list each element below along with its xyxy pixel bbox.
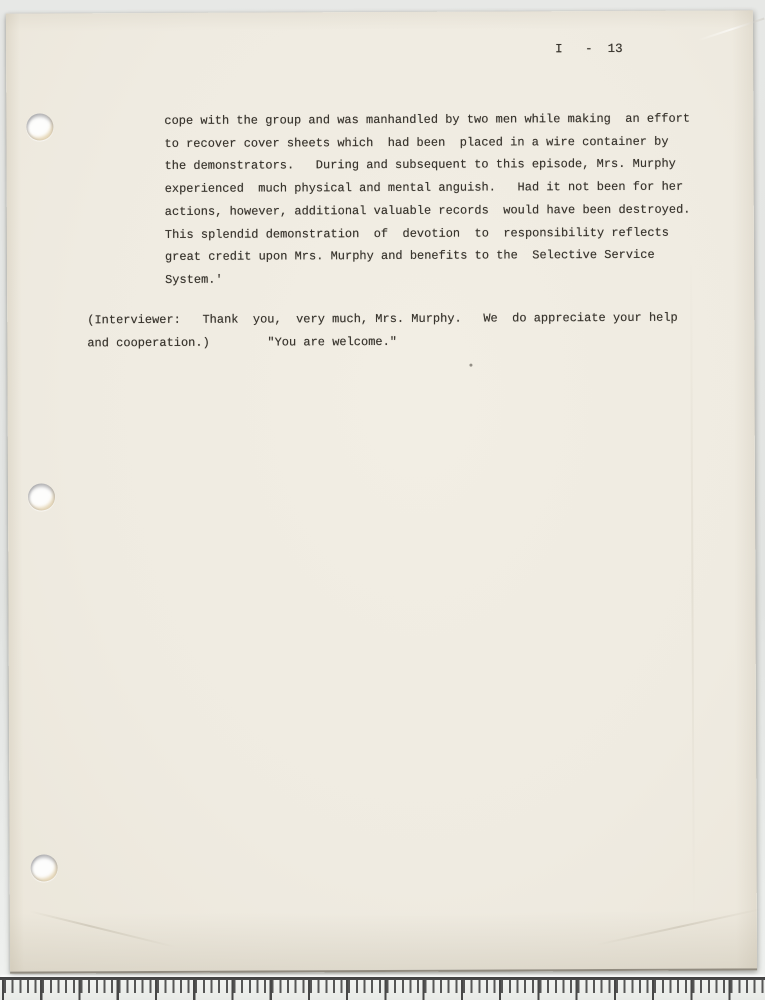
paper-crease bbox=[30, 910, 176, 948]
document-page: I - 13 cope with the group and was manha… bbox=[6, 10, 757, 973]
page-number: I - 13 bbox=[555, 40, 623, 59]
paper-crease bbox=[597, 908, 764, 946]
punch-hole-middle bbox=[28, 483, 55, 510]
punch-hole-bottom bbox=[31, 854, 58, 881]
punch-hole-top bbox=[26, 113, 53, 140]
scan-background: I - 13 cope with the group and was manha… bbox=[0, 0, 765, 1000]
ruler bbox=[0, 977, 765, 1000]
ink-speck bbox=[469, 364, 472, 367]
interviewer-note: (Interviewer: Thank you, very much, Mrs.… bbox=[87, 307, 678, 356]
paper-crease bbox=[697, 18, 764, 42]
body-paragraph: cope with the group and was manhandled b… bbox=[164, 108, 690, 292]
paper-crease bbox=[690, 261, 695, 921]
